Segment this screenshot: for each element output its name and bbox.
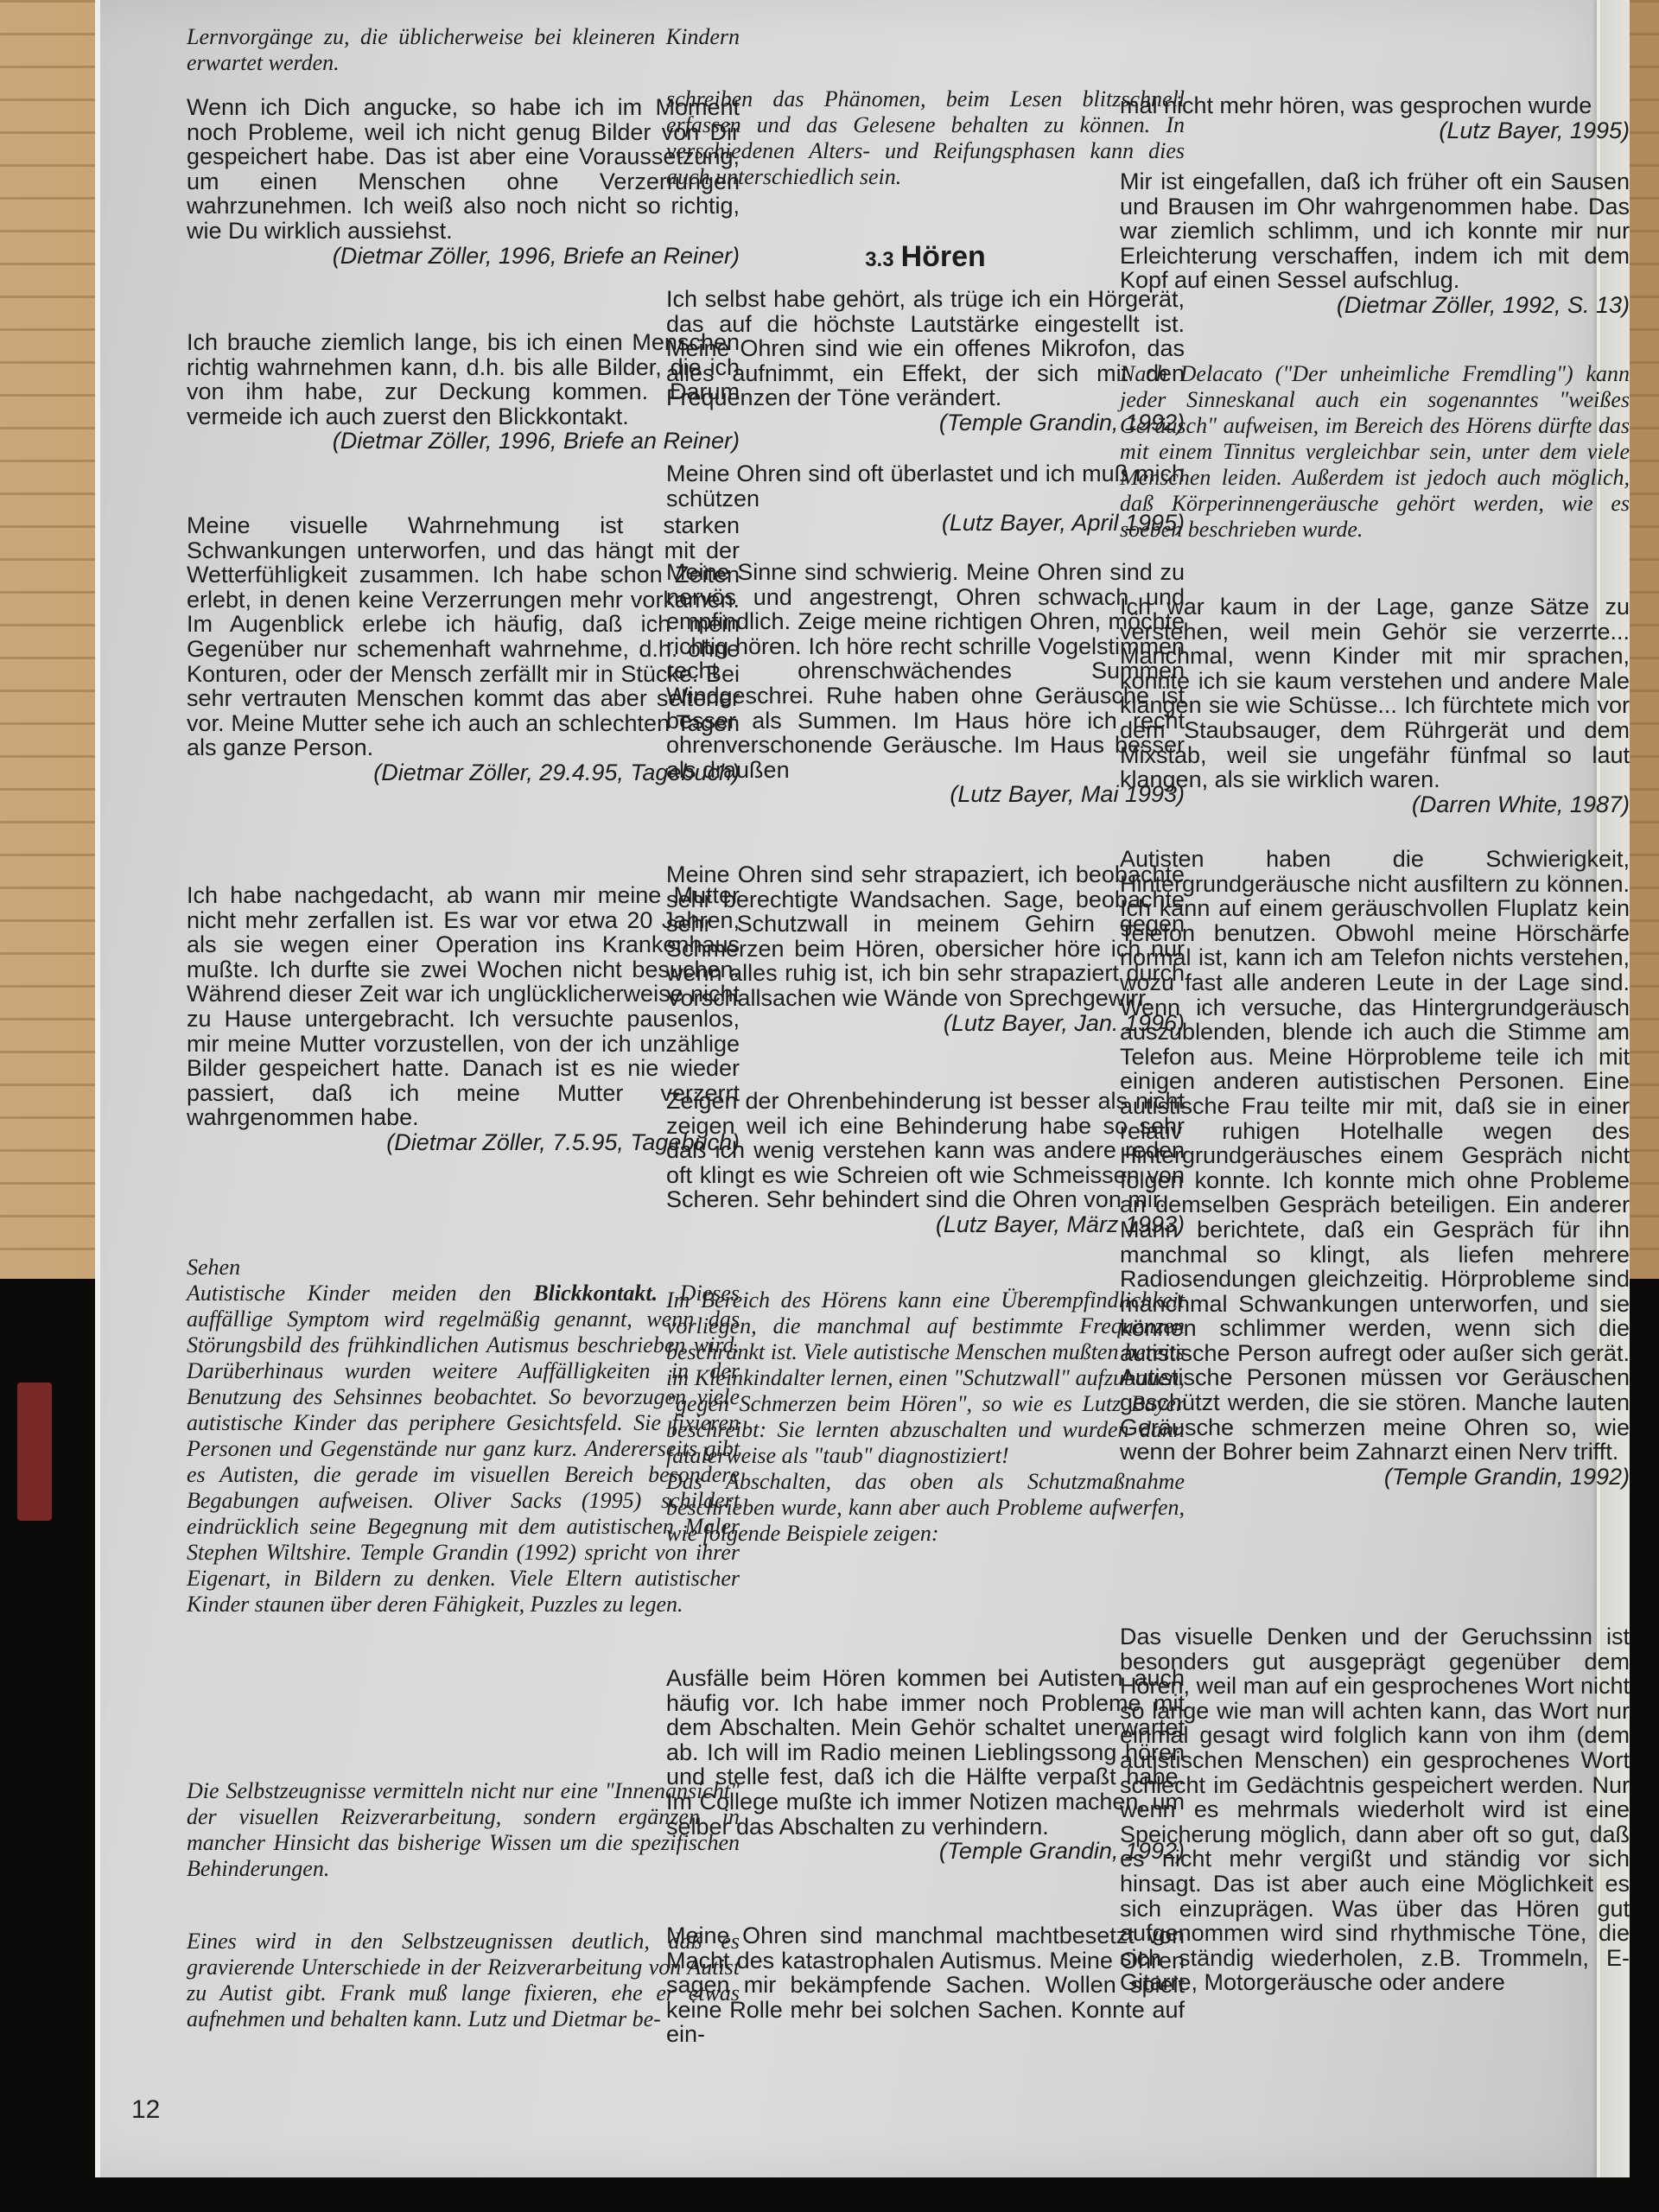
quote-citation: (Temple Grandin, 1992) xyxy=(1384,1465,1630,1490)
book-spine-edge xyxy=(17,1382,52,1521)
quote-text: Meine Ohren sind oft überlastet und ich … xyxy=(666,461,1185,511)
quote-text: Ich war kaum in der Lage, ganze Sätze zu… xyxy=(1120,594,1630,792)
sehen-section: Sehen Autistische Kinder meiden den Blic… xyxy=(187,1255,740,1618)
quote-block: mal nicht mehr hören, was gesprochen wur… xyxy=(1120,93,1630,143)
quote-block: Ich war kaum in der Lage, ganze Sätze zu… xyxy=(1120,594,1630,817)
quote-block: Zeigen der Ohrenbehinderung ist besser a… xyxy=(666,1089,1185,1237)
quote-text: Autisten haben die Schwierigkeit, Hinter… xyxy=(1120,847,1630,1465)
quote-text: Mir ist eingefallen, daß ich früher oft … xyxy=(1120,169,1630,293)
hoeren-italic-paragraph: Im Bereich des Hörens kann eine Überempf… xyxy=(666,1287,1185,1547)
quote-text: Ich selbst habe gehört, als trüge ich ei… xyxy=(666,287,1185,410)
quote-text: Ausfälle beim Hören kommen bei Autisten … xyxy=(666,1666,1185,1839)
quote-citation: (Dietmar Zöller, 1996, Briefe an Reiner) xyxy=(187,244,740,269)
quote-block: Ausfälle beim Hören kommen bei Autisten … xyxy=(666,1666,1185,1864)
sehen-title: Sehen xyxy=(187,1255,740,1281)
quote-citation: (Dietmar Zöller, 1992, S. 13) xyxy=(1120,293,1630,318)
visuell-paragraph: Das visuelle Denken und der Geruchssinn … xyxy=(1120,1624,1630,1995)
quote-block: Meine visuelle Wahrnehmung ist starken S… xyxy=(187,513,740,785)
quote-block: Autisten haben die Schwierigkeit, Hinter… xyxy=(1120,847,1630,1489)
quote-text: Ich brauche ziemlich lange, bis ich eine… xyxy=(187,330,740,429)
machtbesetzt-paragraph: Meine Ohren sind manchmal machtbesetzt v… xyxy=(666,1923,1185,2047)
quote-text: Wenn ich Dich angucke, so habe ich im Mo… xyxy=(187,95,740,244)
sehen-paragraph: Autistische Kinder meiden den Blickkonta… xyxy=(187,1281,740,1618)
magazine-page: Lernvorgänge zu, die üblicherweise bei k… xyxy=(95,0,1630,2177)
eines-paragraph: Eines wird in den Selbstzeugnissen deutl… xyxy=(187,1929,740,2032)
quote-citation: (Dietmar Zöller, 29.4.95, Tagebuch) xyxy=(187,760,740,785)
page-number: 12 xyxy=(131,2095,160,2125)
quote-citation: (Lutz Bayer, Mai 1993) xyxy=(666,782,1185,807)
section-heading: 3.3Hören xyxy=(666,240,1185,274)
quote-text: Ich habe nachgedacht, ab wann mir meine … xyxy=(187,883,740,1130)
quote-citation: (Darren White, 1987) xyxy=(1412,792,1630,817)
quote-block: Meine Sinne sind schwierig. Meine Ohren … xyxy=(666,560,1185,807)
selbstzeugnisse-paragraph: Die Selbstzeugnisse vermitteln nicht nur… xyxy=(187,1778,740,1882)
quote-block: Ich selbst habe gehört, als trüge ich ei… xyxy=(666,287,1185,435)
quote-citation: (Dietmar Zöller, 1996, Briefe an Reiner) xyxy=(187,429,740,454)
quote-citation: (Lutz Bayer, April 1995) xyxy=(666,511,1185,536)
quote-text: Meine Ohren sind sehr strapaziert, ich b… xyxy=(666,862,1185,1011)
quote-citation: (Dietmar Zöller, 7.5.95, Tagebuch) xyxy=(187,1130,740,1155)
blickkontakt-bold: Blickkontakt. xyxy=(533,1281,658,1306)
quote-block: Mir ist eingefallen, daß ich früher oft … xyxy=(1120,169,1630,318)
section-title: Hören xyxy=(901,240,986,273)
quote-text: Zeigen der Ohrenbehinderung ist besser a… xyxy=(666,1089,1185,1212)
quote-block: Meine Ohren sind oft überlastet und ich … xyxy=(666,461,1185,536)
quote-block: Meine Ohren sind sehr strapaziert, ich b… xyxy=(666,862,1185,1035)
section-number: 3.3 xyxy=(865,248,893,271)
intro-italic-left: Lernvorgänge zu, die üblicherweise bei k… xyxy=(187,24,740,76)
delacato-italic-paragraph: Nach Delacato ("Der unheimliche Fremdlin… xyxy=(1120,361,1630,543)
quote-block: Ich brauche ziemlich lange, bis ich eine… xyxy=(187,330,740,454)
quote-text: Meine visuelle Wahrnehmung ist starken S… xyxy=(187,513,740,760)
quote-text: Meine Sinne sind schwierig. Meine Ohren … xyxy=(666,560,1185,782)
quote-block: Wenn ich Dich angucke, so habe ich im Mo… xyxy=(187,95,740,268)
quote-citation: (Lutz Bayer, 1995) xyxy=(1439,118,1630,143)
quote-text: mal nicht mehr hören, was gesprochen wur… xyxy=(1120,93,1630,118)
intro-italic-middle: schreiben das Phänomen, beim Lesen blitz… xyxy=(666,86,1185,190)
quote-block: Ich habe nachgedacht, ab wann mir meine … xyxy=(187,883,740,1155)
